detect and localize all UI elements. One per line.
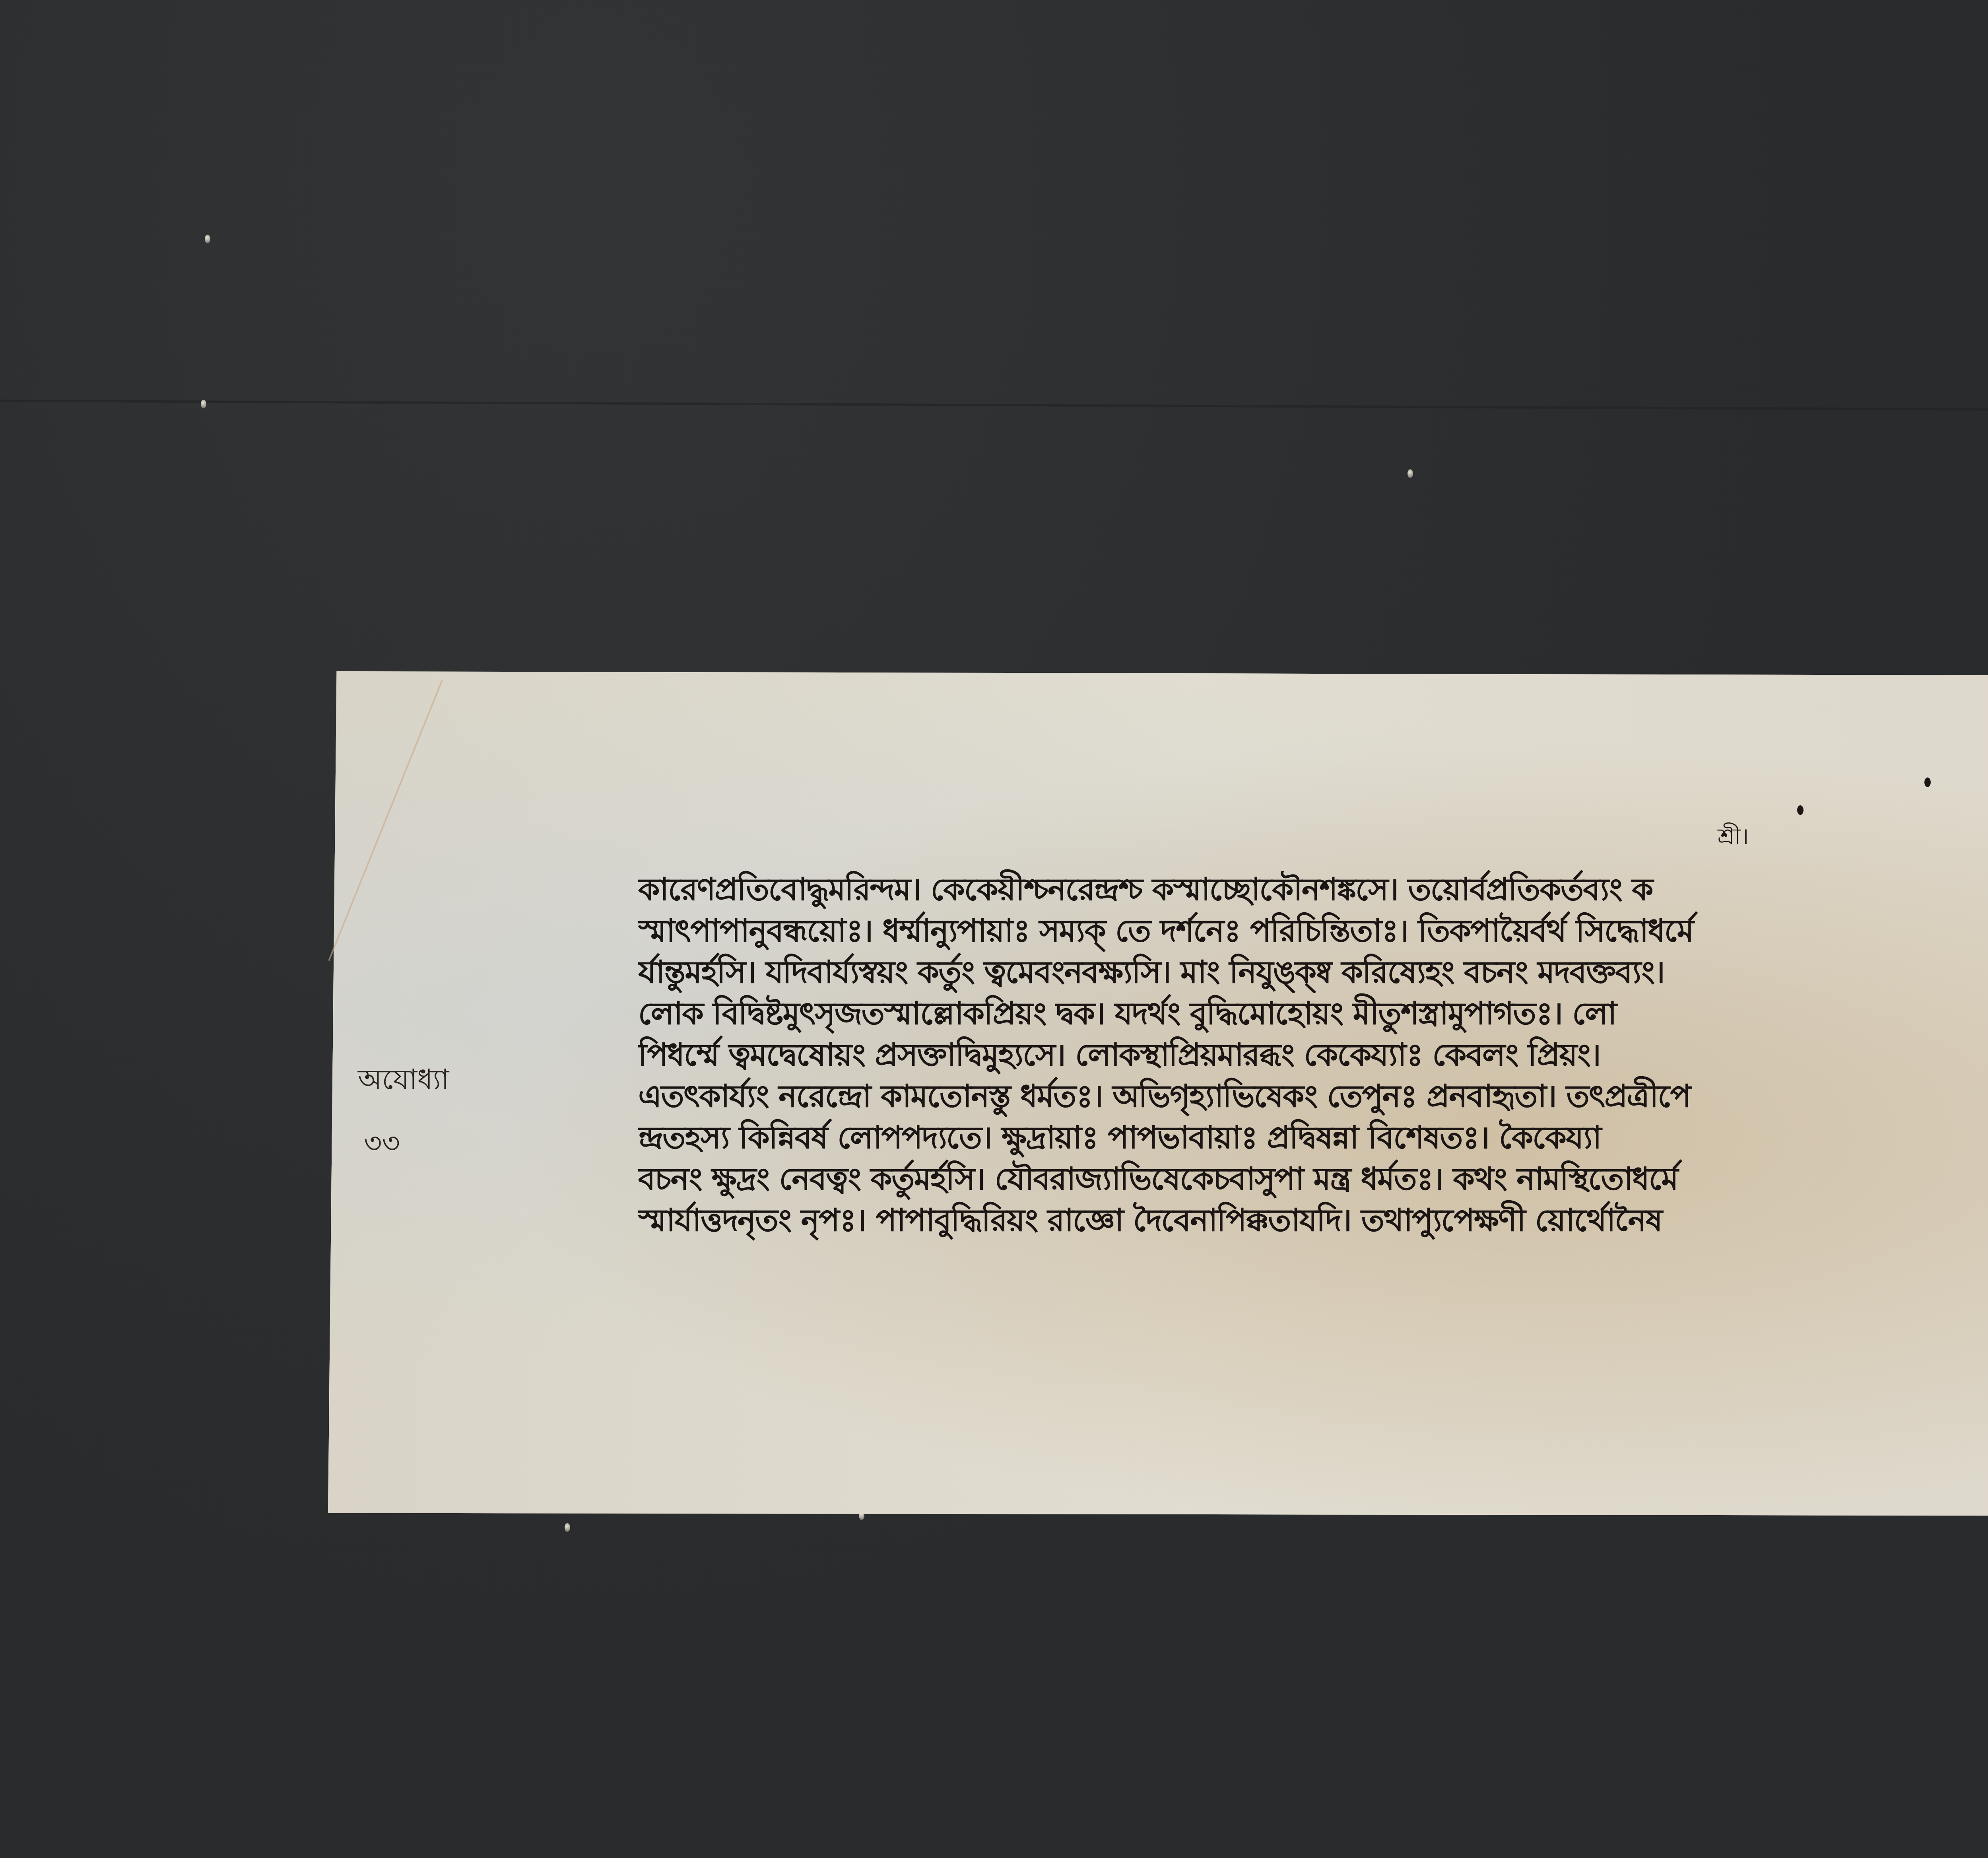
- margin-book-title: অযোধ্যা: [358, 1058, 449, 1104]
- invocation-mark: শ্রী।: [1718, 819, 1749, 857]
- text-line: স্মাৎপাপানুবন্ধয়োঃ। ধর্ম্মান্যুপায়াঃ স…: [638, 910, 1988, 952]
- ink-dot: [1924, 777, 1931, 787]
- text-line: স্মার্যাত্তদনৃতং নৃপঃ। পাপাবুদ্ধিরিয়ং র…: [638, 1200, 1988, 1241]
- mounting-pin: [1408, 469, 1413, 478]
- mounting-pin: [565, 1523, 570, 1532]
- text-line: লোক বিদ্বিষ্টমুৎসৃজতস্মাল্লোকপ্রিয়ং দ্ব…: [638, 993, 1988, 1034]
- text-line: এতৎকার্য্যং নরেন্দ্রো কামতোনস্তু ধর্মতঃ।…: [638, 1076, 1988, 1117]
- text-line: র্যান্তুমর্হসি। যদিবার্য্যস্বয়ং কর্তুং …: [638, 952, 1988, 993]
- text-line: পিধর্ম্মে ত্বমদ্বেষোয়ং প্রসক্তাদ্বিমুহ্…: [638, 1034, 1988, 1076]
- mounting-pin: [205, 235, 210, 243]
- mounting-pin: [201, 400, 206, 408]
- text-line: বচনং ক্ষুদ্রং নেবত্বং কর্তুমর্হসি। যৌবরা…: [638, 1158, 1988, 1200]
- ink-dot: [1797, 805, 1804, 815]
- margin-folio-number: ৩৩: [364, 1121, 400, 1168]
- text-line: কারেণপ্রতিবোদ্ধুমরিন্দম। কেকেয়ীশ্চনরেন্…: [638, 869, 1988, 910]
- manuscript-text-block: কারেণপ্রতিবোদ্ধুমরিন্দম। কেকেয়ীশ্চনরেন্…: [638, 869, 1988, 1241]
- text-line: ন্দ্রতহস্য কিন্নিবর্ষ লোপপদ্যতে। ক্ষুদ্র…: [638, 1117, 1988, 1158]
- mount-board-seam: [0, 400, 1988, 414]
